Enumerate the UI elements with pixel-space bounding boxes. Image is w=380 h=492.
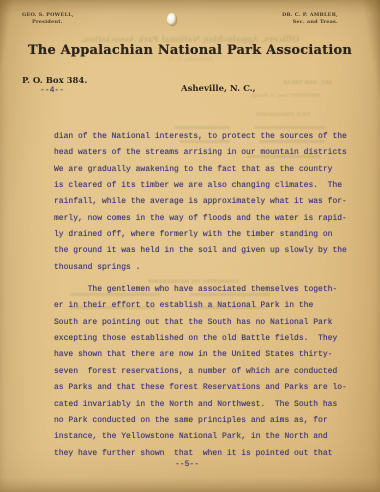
association-title: The Appalachian National Park Associatio…	[0, 43, 380, 58]
body-line: dian of the National interests, to prote…	[54, 129, 354, 145]
body-line: The gentlemen who have associated themse…	[54, 282, 354, 298]
bleedthrough-sec-treas: SEC. AND TREAS.	[282, 80, 332, 86]
bleedthrough-vice-presidents: VICE-PRESIDENTS	[256, 112, 310, 118]
body-line: er in their effort to establish a Nation…	[54, 298, 354, 314]
page-number-bottom: --5--	[0, 460, 374, 469]
paper-hole-flaw	[167, 13, 176, 25]
body-line: thousand springs .	[54, 260, 354, 276]
body-line: have shown that there are now in the Uni…	[54, 347, 354, 363]
po-box-line: P. O. Box 384.	[22, 76, 87, 86]
bleedthrough-president: PRESIDENT Geo. S. Powell	[251, 93, 320, 99]
body-line: cated invariably in the North and Northw…	[54, 397, 354, 413]
officer-right-block: DR. C. P. AMBLER, Sec. and Treas.	[282, 12, 338, 26]
body-line: We are gradually awakening to the fact t…	[54, 162, 354, 178]
officer-right-name: DR. C. P. AMBLER,	[282, 12, 338, 19]
city-line: Asheville, N. C.,	[181, 84, 256, 94]
letter-page: Officers, Appalachian National Park Asso…	[0, 0, 380, 492]
page-number-top: --4--	[40, 86, 64, 95]
body-line: as Parks and that these forest Reservati…	[54, 380, 354, 396]
body-line: South are pointing out that the South ha…	[54, 315, 354, 331]
officer-right-title: Sec. and Treas.	[282, 19, 338, 26]
officer-left-name: GEO. S. POWELL,	[22, 12, 74, 19]
letter-body: dian of the National interests, to prote…	[54, 129, 354, 462]
body-line: is cleared of its timber we are also cha…	[54, 178, 354, 194]
body-line: instance, the Yellowstone National Park,…	[54, 429, 354, 445]
body-line: ly drained off, where formerly with the …	[54, 227, 354, 243]
body-line: head waters of the streams arrising in o…	[54, 145, 354, 161]
body-line: seven forest reservations, a number of w…	[54, 364, 354, 380]
body-line: excepting those established on the old B…	[54, 331, 354, 347]
body-line: merly, now comes in the way of floods an…	[54, 211, 354, 227]
officer-left-block: GEO. S. POWELL, President.	[22, 12, 74, 26]
officer-left-title: President.	[22, 19, 74, 26]
body-line: rainfall, while the average is approxima…	[54, 194, 354, 210]
body-line: no Park conducted on the same principles…	[54, 413, 354, 429]
body-line: the ground it was held in the soil and g…	[54, 243, 354, 259]
